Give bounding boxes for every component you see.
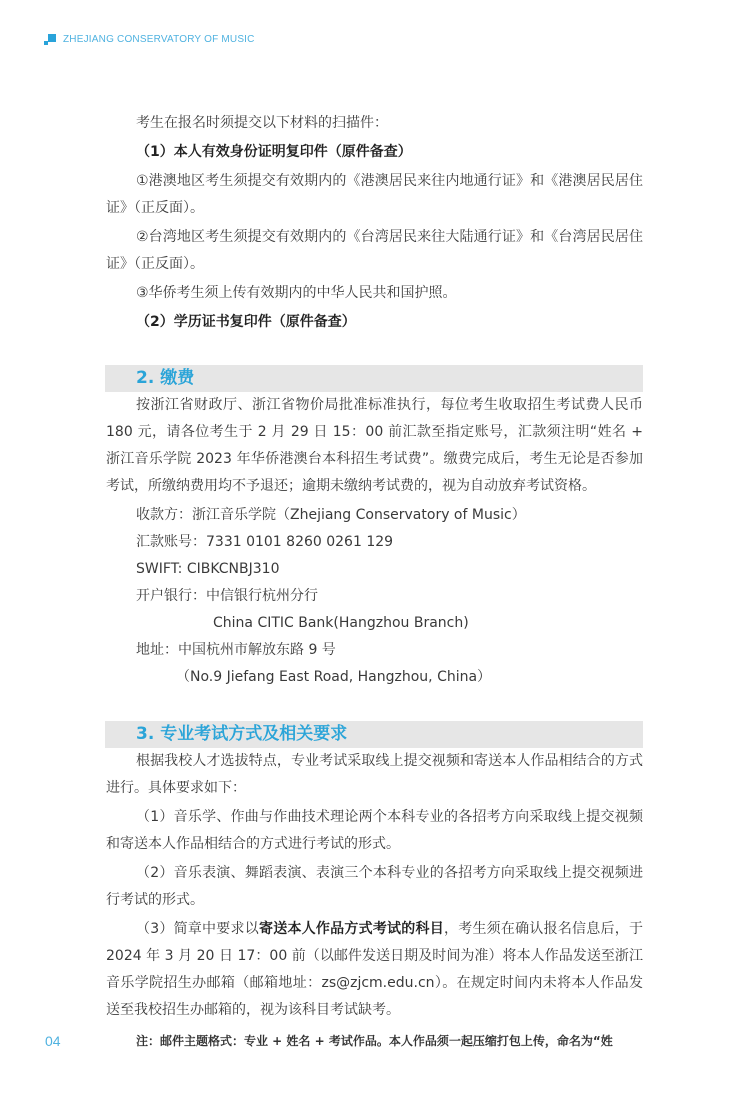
logo-squares-icon [44, 34, 57, 45]
bank-en-line: China CITIC Bank(Hangzhou Branch) [106, 610, 643, 637]
email-note: 注：邮件主题格式：专业 + 姓名 + 考试作品。本人作品须一起压缩打包上传，命名… [106, 1028, 643, 1055]
page-header: ZHEJIANG CONSERVATORY OF MUSIC [44, 32, 255, 46]
page-number: 04 [45, 1033, 61, 1049]
swift-line: SWIFT: CIBKCNBJ310 [106, 556, 643, 583]
institution-name: ZHEJIANG CONSERVATORY OF MUSIC [63, 34, 255, 45]
address-cn-line: 地址：中国杭州市解放东路 9 号 [106, 637, 643, 664]
exam-item3-prefix: （3）简章中要求以 [136, 921, 259, 937]
materials-item1-a: ①港澳地区考生须提交有效期内的《港澳居民来往内地通行证》和《港澳居民居住证》（正… [106, 168, 643, 222]
exam-intro: 根据我校人才选拔特点，专业考试采取线上提交视频和寄送本人作品相结合的方式进行。具… [106, 748, 643, 802]
materials-item1-c: ③华侨考生须上传有效期内的中华人民共和国护照。 [106, 280, 643, 307]
payee-line: 收款方：浙江音乐学院（Zhejiang Conservatory of Musi… [106, 502, 643, 529]
materials-item1-title: （1）本人有效身份证明复印件（原件备查） [106, 139, 643, 166]
exam-item2: （2）音乐表演、舞蹈表演、表演三个本科专业的各招考方向采取线上提交视频进行考试的… [106, 860, 643, 914]
section-heading-exam: 3. 专业考试方式及相关要求 [105, 721, 643, 748]
exam-item3: （3）简章中要求以寄送本人作品方式考试的科目，考生须在确认报名信息后，于 202… [106, 916, 643, 1024]
account-line: 汇款账号：7331 0101 8260 0261 129 [106, 529, 643, 556]
materials-intro: 考生在报名时须提交以下材料的扫描件： [106, 110, 643, 137]
section-heading-payment: 2. 缴费 [105, 365, 643, 392]
bank-cn-line: 开户银行：中信银行杭州分行 [106, 583, 643, 610]
materials-item2-title: （2）学历证书复印件（原件备查） [106, 309, 643, 336]
materials-item1-b: ②台湾地区考生须提交有效期内的《台湾居民来往大陆通行证》和《台湾居民居住证》（正… [106, 224, 643, 278]
payment-paragraph: 按浙江省财政厅、浙江省物价局批准标准执行，每位考生收取招生考试费人民币 180 … [106, 392, 643, 500]
page-content: 考生在报名时须提交以下材料的扫描件： （1）本人有效身份证明复印件（原件备查） … [106, 110, 643, 1055]
exam-item3-bold: 寄送本人作品方式考试的科目 [259, 921, 444, 937]
exam-item1: （1）音乐学、作曲与作曲技术理论两个本科专业的各招考方向采取线上提交视频和寄送本… [106, 804, 643, 858]
address-en-line: （No.9 Jiefang East Road, Hangzhou, China… [106, 664, 643, 691]
